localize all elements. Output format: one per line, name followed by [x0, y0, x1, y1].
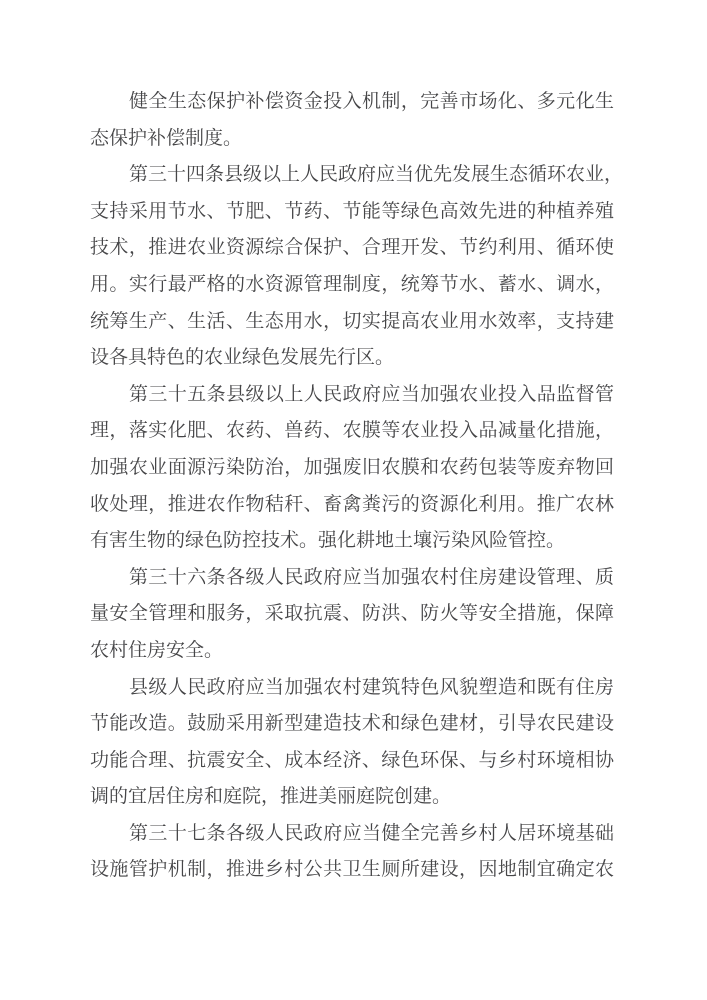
- text-line: 第三十六条各级人民政府应当加强农村住房建设管理、质: [90, 560, 614, 597]
- paragraph: 第三十四条县级以上人民政府应当优先发展生态循环农业，支持采用节水、节肥、节药、节…: [90, 157, 614, 377]
- paragraph: 第三十七条各级人民政府应当健全完善乡村人居环境基础设施管护机制，推进乡村公共卫生…: [90, 816, 614, 889]
- text-line: 收处理，推进农作物秸秆、畜禽粪污的资源化利用。推广农林: [90, 487, 614, 524]
- text-line: 设施管护机制，推进乡村公共卫生厕所建设，因地制宜确定农: [90, 852, 614, 889]
- document-page: 健全生态保护补偿资金投入机制，完善市场化、多元化生态保护补偿制度。第三十四条县级…: [0, 0, 707, 1000]
- text-line: 县级人民政府应当加强农村建筑特色风貌塑造和既有住房: [90, 670, 614, 707]
- text-line: 设各具特色的农业绿色发展先行区。: [90, 340, 614, 377]
- text-line: 功能合理、抗震安全、成本经济、绿色环保、与乡村环境相协: [90, 743, 614, 780]
- text-line: 统筹生产、生活、生态用水，切实提高农业用水效率，支持建: [90, 304, 614, 341]
- text-line: 节能改造。鼓励采用新型建造技术和绿色建材，引导农民建设: [90, 706, 614, 743]
- text-line: 加强农业面源污染防治，加强废旧农膜和农药包装等废弃物回: [90, 450, 614, 487]
- text-line: 农村住房安全。: [90, 633, 614, 670]
- text-line: 第三十五条县级以上人民政府应当加强农业投入品监督管: [90, 377, 614, 414]
- text-line: 调的宜居住房和庭院，推进美丽庭院创建。: [90, 779, 614, 816]
- paragraph: 第三十六条各级人民政府应当加强农村住房建设管理、质量安全管理和服务，采取抗震、防…: [90, 560, 614, 670]
- text-line: 健全生态保护补偿资金投入机制，完善市场化、多元化生: [90, 84, 614, 121]
- text-line: 理，落实化肥、农药、兽药、农膜等农业投入品减量化措施，: [90, 413, 614, 450]
- text-line: 用。实行最严格的水资源管理制度，统筹节水、蓄水、调水，: [90, 267, 614, 304]
- text-line: 第三十四条县级以上人民政府应当优先发展生态循环农业，: [90, 157, 614, 194]
- text-line: 支持采用节水、节肥、节药、节能等绿色高效先进的种植养殖: [90, 194, 614, 231]
- paragraph: 第三十五条县级以上人民政府应当加强农业投入品监督管理，落实化肥、农药、兽药、农膜…: [90, 377, 614, 560]
- text-line: 第三十七条各级人民政府应当健全完善乡村人居环境基础: [90, 816, 614, 853]
- text-line: 有害生物的绿色防控技术。强化耕地土壤污染风险管控。: [90, 523, 614, 560]
- text-block: 健全生态保护补偿资金投入机制，完善市场化、多元化生态保护补偿制度。第三十四条县级…: [90, 84, 614, 889]
- paragraph: 健全生态保护补偿资金投入机制，完善市场化、多元化生态保护补偿制度。: [90, 84, 614, 157]
- text-line: 量安全管理和服务，采取抗震、防洪、防火等安全措施，保障: [90, 596, 614, 633]
- text-line: 态保护补偿制度。: [90, 121, 614, 158]
- paragraph: 县级人民政府应当加强农村建筑特色风貌塑造和既有住房节能改造。鼓励采用新型建造技术…: [90, 670, 614, 816]
- text-line: 技术，推进农业资源综合保护、合理开发、节约利用、循环使: [90, 230, 614, 267]
